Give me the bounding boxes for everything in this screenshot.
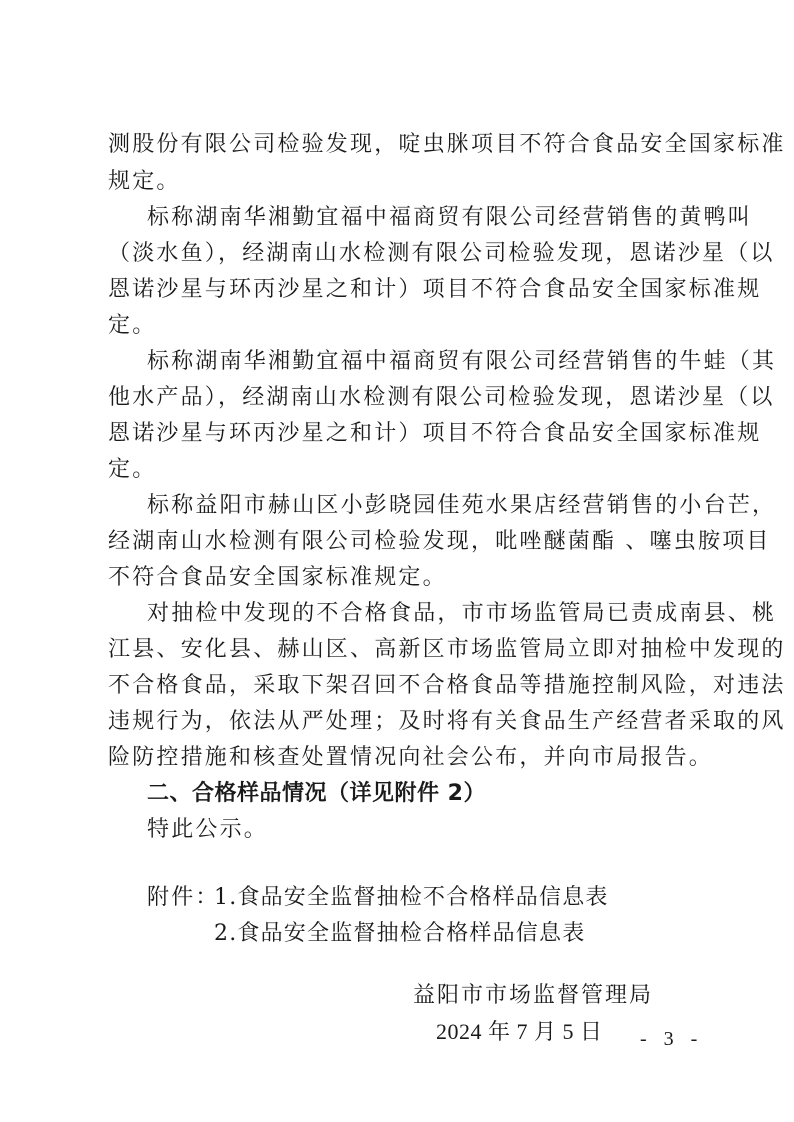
body-line: 定。 [108, 456, 156, 484]
body-line: 江县、安化县、赫山区、高新区市场监管局立即对抽检中发现的 [108, 636, 786, 664]
attachment-item: 2.食品安全监督抽检合格样品信息表 [214, 920, 585, 948]
body-line: 他水产品），经湖南山水检测有限公司检验发现，恩诺沙星（以 [108, 384, 775, 412]
attachment-item: 1.食品安全监督抽检不合格样品信息表 [214, 884, 609, 912]
body-line: （淡水鱼），经湖南山水检测有限公司检验发现，恩诺沙星（以 [108, 240, 775, 268]
page-number: - 3 - [640, 1028, 703, 1051]
body-line: 经湖南山水检测有限公司检验发现，吡唑醚菌酯 、噻虫胺项目 [108, 528, 771, 556]
attachment-label: 附件： [147, 884, 220, 912]
body-line: 恩诺沙星与环丙沙星之和计）项目不符合食品安全国家标准规 [108, 276, 761, 304]
body-line: 标称益阳市赫山区小彭晓园佳苑水果店经营销售的小台芒， [147, 492, 776, 520]
body-line: 标称湖南华湘勤宜福中福商贸有限公司经营销售的黄鸭叫 [147, 204, 752, 232]
closing-text: 特此公示。 [147, 816, 268, 844]
document-page: 测股份有限公司检验发现，啶虫脒项目不符合食品安全国家标准 规定。 标称湖南华湘勤… [0, 0, 794, 1122]
section-heading: 二、合格样品情况（详见附件 2） [147, 780, 486, 808]
body-line: 不符合食品安全国家标准规定。 [108, 564, 447, 592]
body-line: 规定。 [108, 168, 181, 196]
body-line: 恩诺沙星与环丙沙星之和计）项目不符合食品安全国家标准规 [108, 420, 761, 448]
body-line: 险防控措施和核查处置情况向社会公布，并向市局报告。 [108, 744, 713, 772]
body-line: 违规行为，依法从严处理；及时将有关食品生产经营者采取的风 [108, 708, 786, 736]
body-line: 不合格食品，采取下架召回不合格食品等措施控制风险，对违法 [108, 672, 786, 700]
signature-date: 2024 年 7 月 5 日 [436, 1018, 603, 1046]
signature-organization: 益阳市市场监督管理局 [413, 982, 653, 1010]
body-line: 对抽检中发现的不合格食品，市市场监管局已责成南县、桃 [147, 600, 776, 628]
body-line: 标称湖南华湘勤宜福中福商贸有限公司经营销售的牛蛙（其 [147, 348, 776, 376]
body-line: 定。 [108, 312, 156, 340]
body-line: 测股份有限公司检验发现，啶虫脒项目不符合食品安全国家标准 [108, 131, 786, 159]
